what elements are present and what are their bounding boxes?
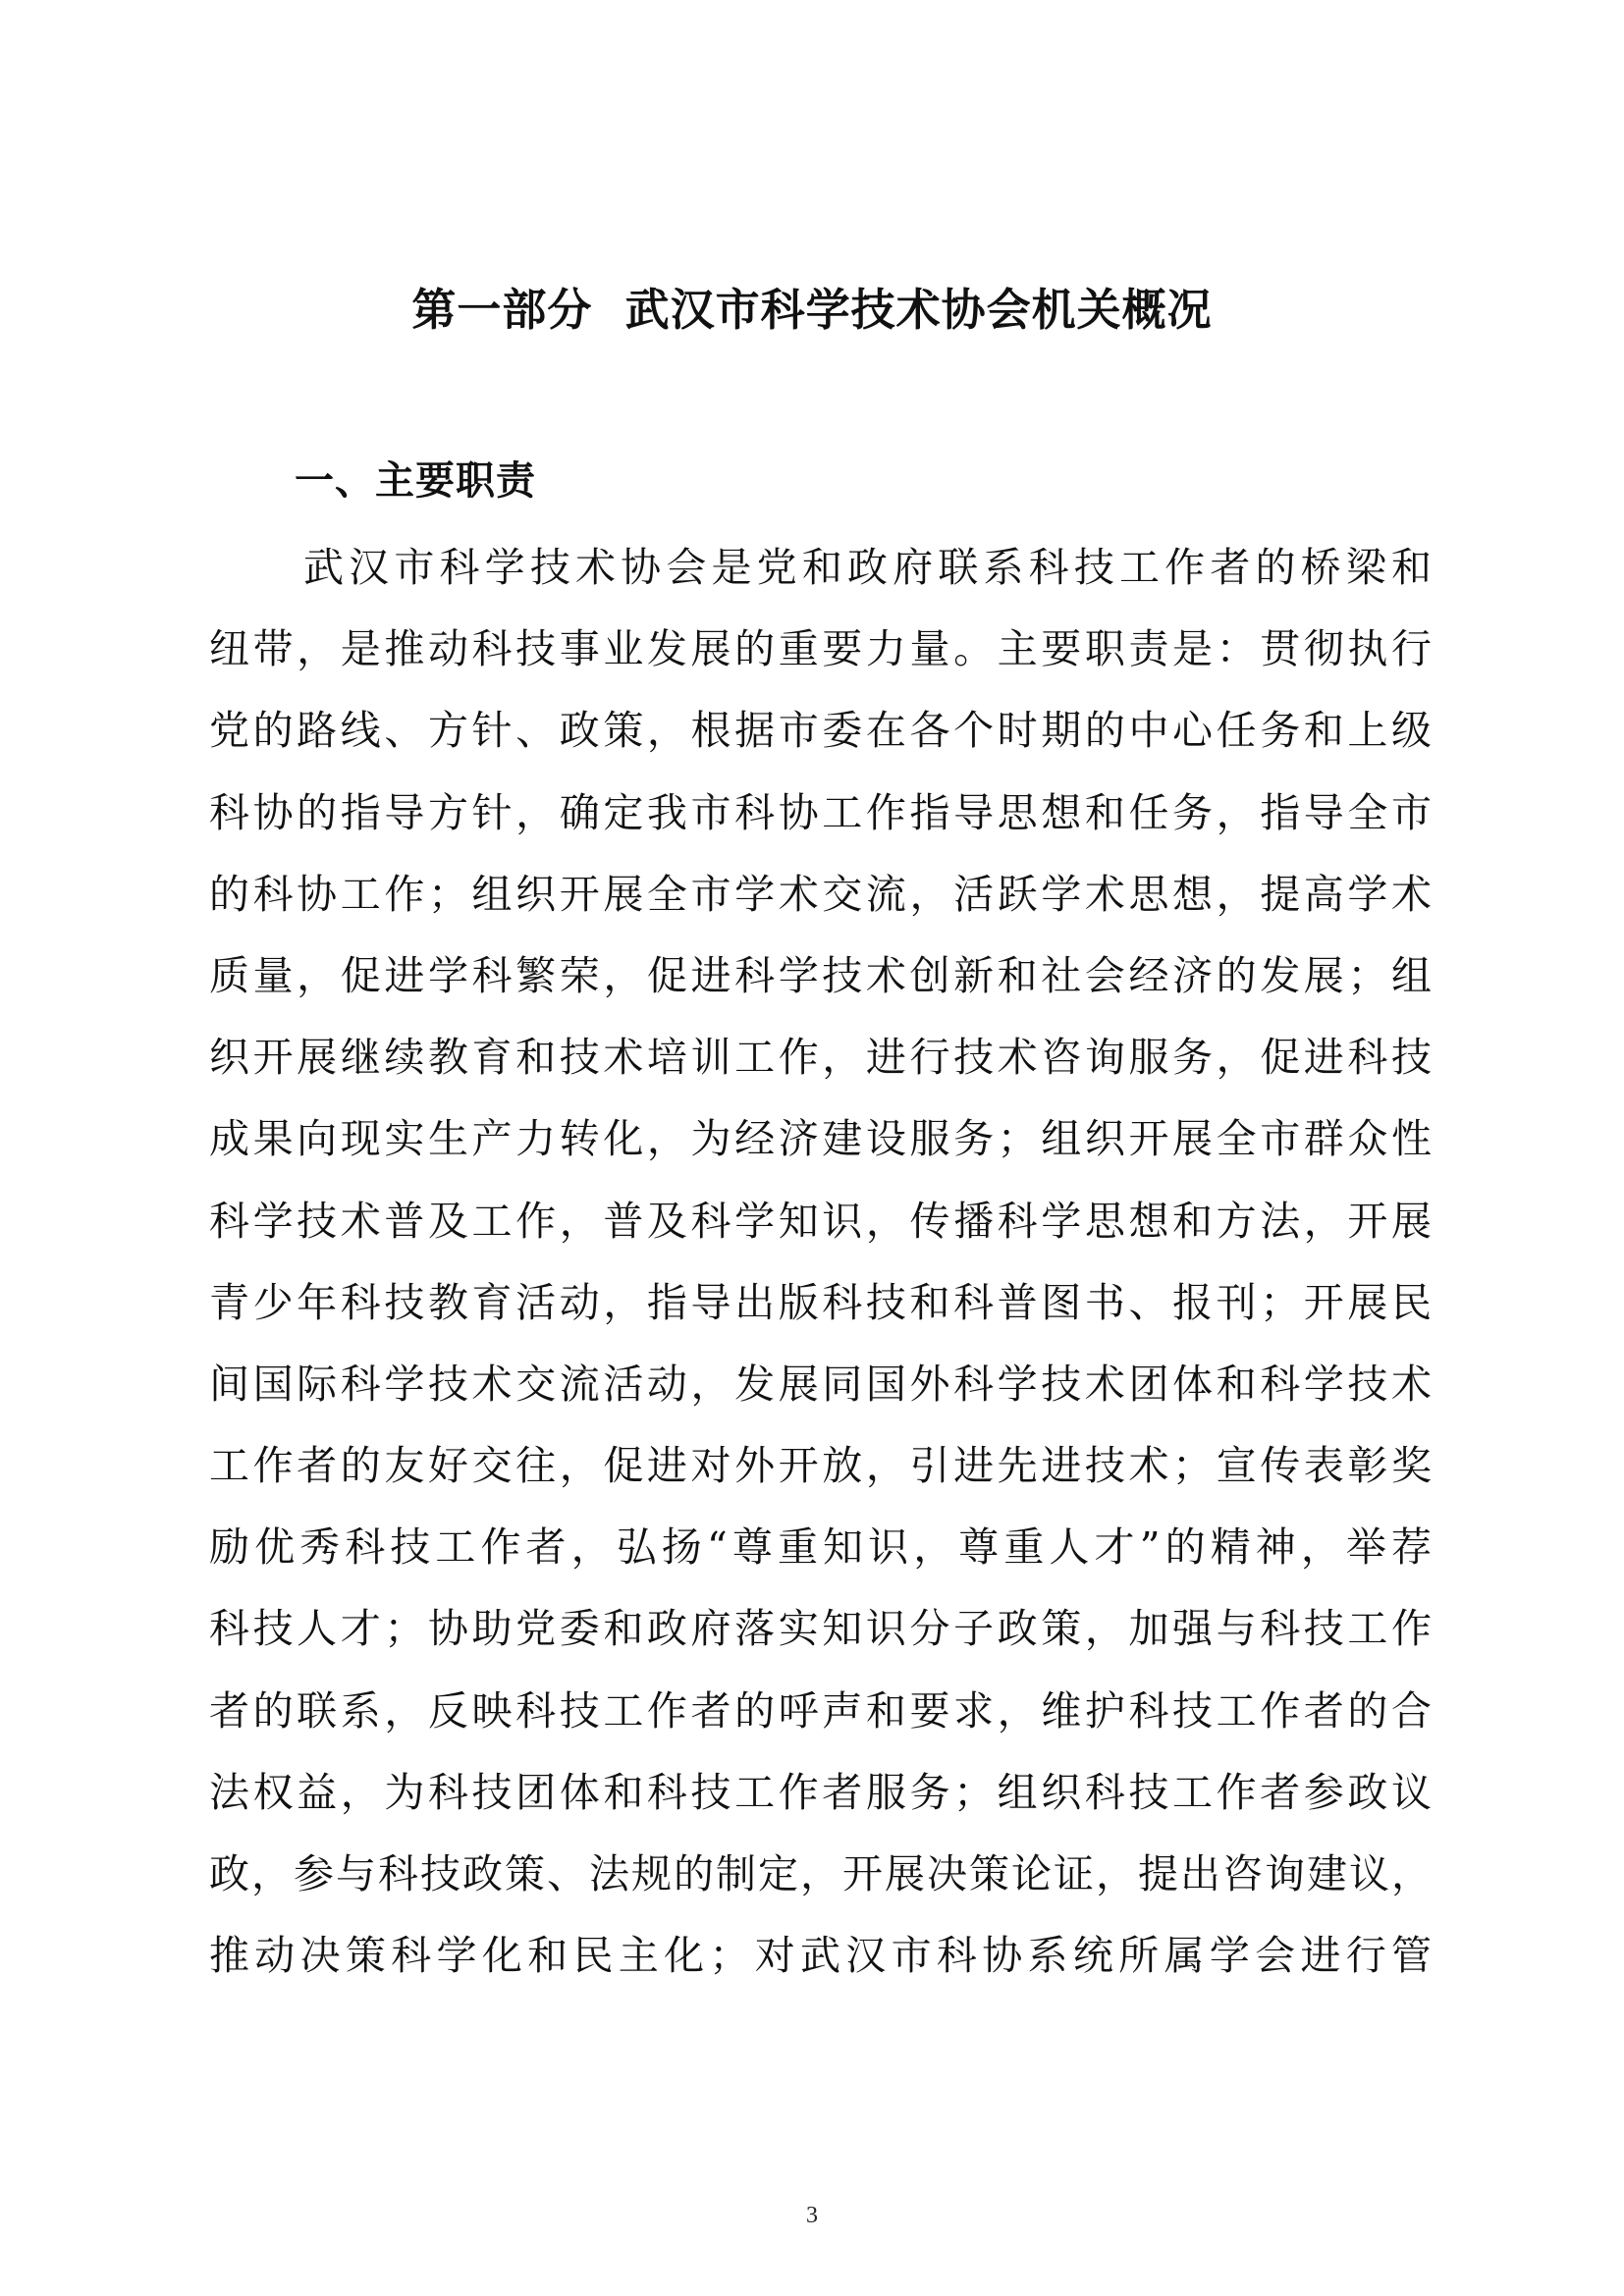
body-line: 武汉市科学技术协会是党和政府联系科技工作者的桥梁和	[209, 538, 1432, 619]
document-title: 第一部分 武汉市科学技术协会机关概况	[0, 281, 1624, 340]
body-line: 推动决策科学化和民主化；对武汉市科协系统所属学会进行管	[209, 1926, 1432, 2007]
body-line: 青少年科技教育活动，指导出版科技和科普图书、报刊；开展民	[209, 1273, 1432, 1355]
body-line: 科学技术普及工作，普及科学知识，传播科学思想和方法，开展	[209, 1192, 1432, 1273]
body-line: 者的联系，反映科技工作者的呼声和要求，维护科技工作者的合	[209, 1682, 1432, 1763]
body-paragraph: 武汉市科学技术协会是党和政府联系科技工作者的桥梁和 纽带，是推动科技事业发展的重…	[209, 538, 1432, 2007]
body-line: 织开展继续教育和技术培训工作，进行技术咨询服务，促进科技	[209, 1028, 1432, 1109]
document-page: 第一部分 武汉市科学技术协会机关概况 一、主要职责 武汉市科学技术协会是党和政府…	[0, 0, 1624, 2296]
body-line: 科协的指导方针，确定我市科协工作指导思想和任务，指导全市	[209, 783, 1432, 865]
body-line: 法权益，为科技团体和科技工作者服务；组织科技工作者参政议	[209, 1763, 1432, 1844]
body-line: 工作者的友好交往，促进对外开放，引进先进技术；宣传表彰奖	[209, 1436, 1432, 1518]
body-line: 纽带，是推动科技事业发展的重要力量。主要职责是：贯彻执行	[209, 619, 1432, 701]
body-line: 科技人才；协助党委和政府落实知识分子政策，加强与科技工作	[209, 1599, 1432, 1681]
body-line: 政，参与科技政策、法规的制定，开展决策论证，提出咨询建议，	[209, 1844, 1432, 1926]
body-line: 间国际科学技术交流活动，发展同国外科学技术团体和科学技术	[209, 1355, 1432, 1436]
body-line: 的科协工作；组织开展全市学术交流，活跃学术思想，提高学术	[209, 865, 1432, 946]
body-line: 励优秀科技工作者，弘扬“尊重知识，尊重人才”的精神，举荐	[209, 1518, 1432, 1599]
body-line: 质量，促进学科繁荣，促进科学技术创新和社会经济的发展；组	[209, 946, 1432, 1028]
body-line: 成果向现实生产力转化，为经济建设服务；组织开展全市群众性	[209, 1109, 1432, 1191]
section-heading: 一、主要职责	[295, 454, 536, 508]
page-number: 3	[0, 2203, 1624, 2229]
body-line: 党的路线、方针、政策，根据市委在各个时期的中心任务和上级	[209, 701, 1432, 782]
